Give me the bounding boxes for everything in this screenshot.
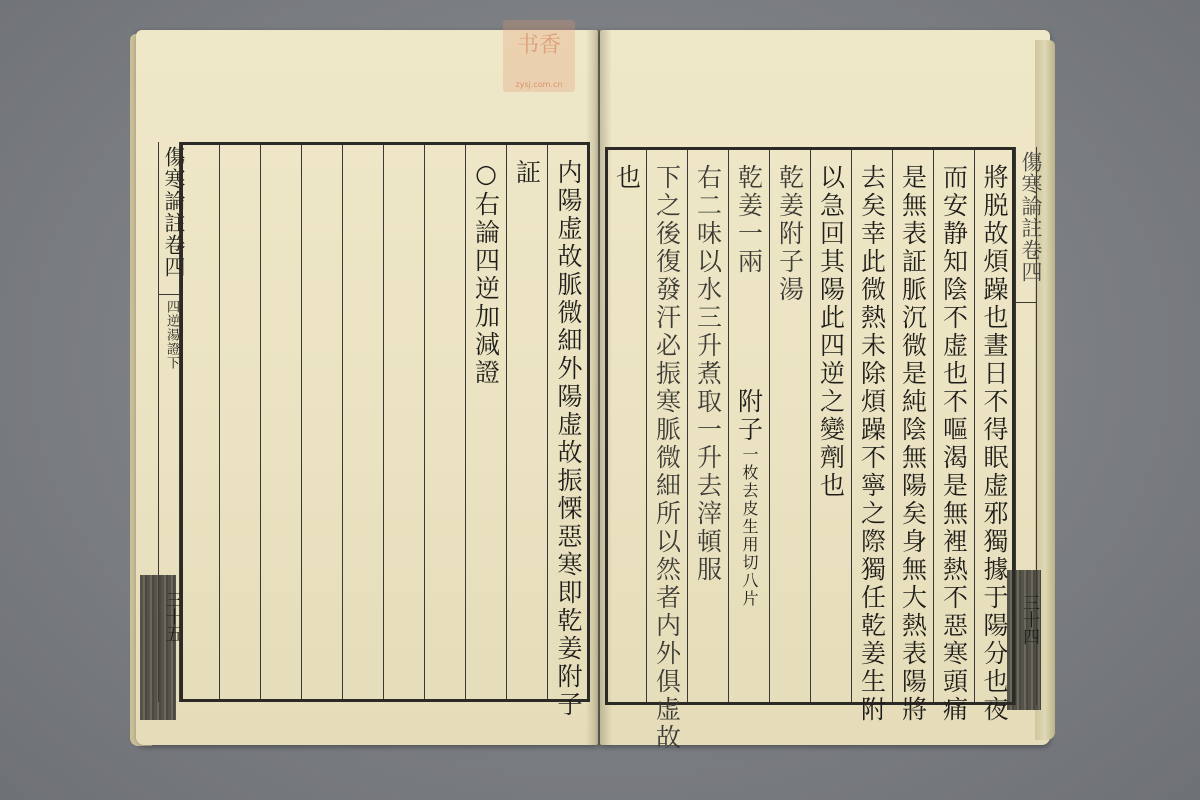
open-book: 傷寒論註卷四 四逆湯證下 三十五 内陽虚故脈微細外陽虚故振慄惡寒即乾姜附子 証 … — [130, 30, 1060, 750]
watermark-stamp: 书香 zysj.com.cn — [503, 20, 575, 92]
hashira-divider — [1016, 302, 1036, 303]
text-column: 而安静知陰不虚也不嘔渴是無裡熱不惡寒頭痛 — [933, 150, 974, 702]
text-column: 乾姜一兩 附子 一枚去皮生用切八片 — [728, 150, 769, 702]
left-hashira-section: 四逆湯證下 — [162, 300, 181, 370]
column-text: 也 — [615, 164, 640, 192]
column-text: 右二味以水三升煮取一升去滓頓服 — [696, 164, 721, 584]
column-text: 去矣幸此微熱未除煩躁不寧之際獨任乾姜生附 — [860, 164, 885, 724]
text-column: ○右論四逆加減證 — [465, 145, 506, 699]
ingredient-dried-ginger: 乾姜一兩 — [737, 164, 762, 276]
column-text: 是無表証脈沉微是純陰無陽矣身無大熱表陽將 — [901, 164, 926, 724]
text-column: 内陽虚故脈微細外陽虚故振慄惡寒即乾姜附子 — [547, 145, 589, 699]
text-column: 是無表証脈沉微是純陰無陽矣身無大熱表陽將 — [892, 150, 933, 702]
ingredient-aconite: 附子 — [737, 388, 762, 444]
watermark-url: zysj.com.cn — [503, 80, 575, 90]
text-column: 以急回其陽此四逆之變劑也 — [810, 150, 851, 702]
text-column: 下之後復發汗必振寒脈微細所以然者内外俱虚故 — [646, 150, 687, 702]
left-hashira: 傷寒論註卷四 四逆湯證下 三十五 — [158, 142, 180, 702]
column-text: ○右論四逆加減證 — [474, 159, 499, 387]
text-column: 去矣幸此微熱未除煩躁不寧之際獨任乾姜生附 — [851, 150, 892, 702]
right-text-frame: 將脱故煩躁也晝日不得眠虚邪獨據于陽分也夜 而安静知陰不虚也不嘔渴是無裡熱不惡寒頭… — [605, 147, 1015, 705]
column-text: 將脱故煩躁也晝日不得眠虚邪獨據于陽分也夜 — [982, 164, 1007, 724]
formula-title: 乾姜附子湯 — [778, 164, 803, 304]
column-text: 下之後復發汗必振寒脈微細所以然者内外俱虚故 — [655, 164, 680, 752]
column-text: 以急回其陽此四逆之變劑也 — [819, 164, 844, 500]
text-column — [183, 145, 219, 699]
text-column — [342, 145, 383, 699]
right-hashira: 傷寒論註卷四 三十四 — [1015, 147, 1037, 705]
text-column: 將脱故煩躁也晝日不得眠虚邪獨據于陽分也夜 — [974, 150, 1014, 702]
text-column — [219, 145, 260, 699]
right-page-number: 三十四 — [1017, 594, 1042, 645]
text-column: 証 — [506, 145, 547, 699]
column-text: 而安静知陰不虚也不嘔渴是無裡熱不惡寒頭痛 — [942, 164, 967, 724]
hashira-divider — [159, 294, 179, 295]
right-hashira-title: 傷寒論註卷四 — [1016, 151, 1046, 283]
text-column — [301, 145, 342, 699]
text-column: 也 — [608, 150, 646, 702]
text-column — [424, 145, 465, 699]
text-column — [260, 145, 301, 699]
ingredient-note: 一枚去皮生用切八片 — [741, 446, 757, 608]
column-text: 内陽虚故脈微細外陽虚故振慄惡寒即乾姜附子 — [556, 159, 581, 719]
column-text: 証 — [515, 159, 540, 187]
text-column: 右二味以水三升煮取一升去滓頓服 — [687, 150, 728, 702]
watermark-glyph: 书香 — [517, 33, 561, 58]
text-column — [383, 145, 424, 699]
text-column: 乾姜附子湯 — [769, 150, 810, 702]
left-text-frame: 内陽虚故脈微細外陽虚故振慄惡寒即乾姜附子 証 ○右論四逆加減證 — [180, 142, 590, 702]
